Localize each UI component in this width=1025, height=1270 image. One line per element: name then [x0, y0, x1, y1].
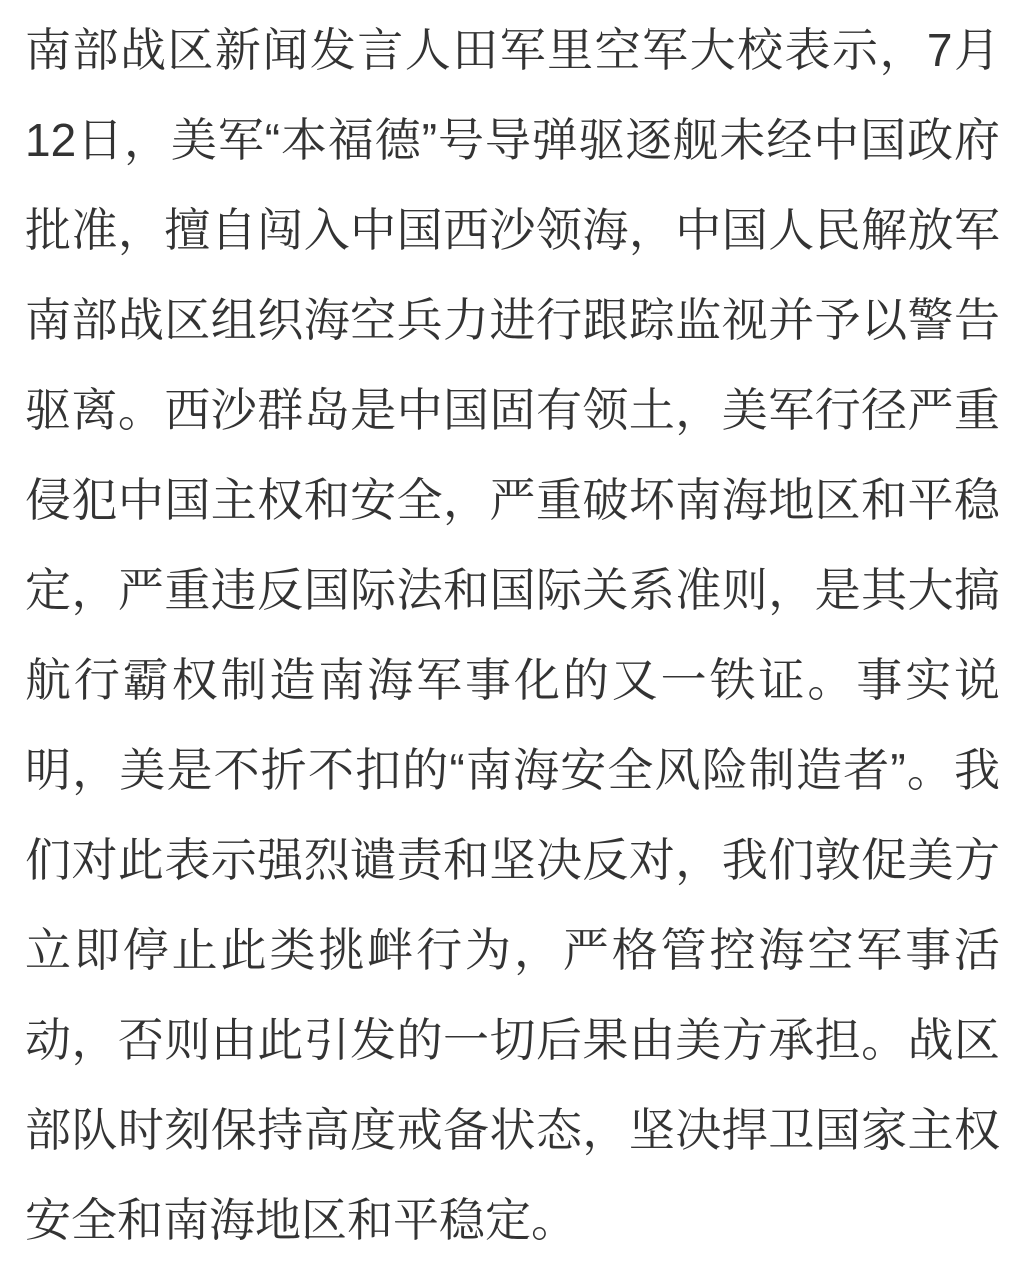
paragraph-line: 南部战区组织海空兵力进行跟踪监视并予以警告	[25, 275, 1000, 365]
paragraph-line: 立即停止此类挑衅行为，严格管控海空军事活	[25, 905, 1000, 995]
paragraph-line: 定，严重违反国际法和国际关系准则，是其大搞	[25, 545, 1000, 635]
paragraph-line: 批准，擅自闯入中国西沙领海，中国人民解放军	[25, 185, 1000, 275]
article-body: 南部战区新闻发言人田军里空军大校表示，7月 12日，美军“本福德”号导弹驱逐舰未…	[0, 0, 1025, 1265]
paragraph-line-last: 安全和南海地区和平稳定。	[25, 1175, 1000, 1265]
paragraph-line: 12日，美军“本福德”号导弹驱逐舰未经中国政府	[25, 95, 1000, 185]
paragraph-line: 南部战区新闻发言人田军里空军大校表示，7月	[25, 5, 1000, 95]
paragraph-line: 动，否则由此引发的一切后果由美方承担。战区	[25, 995, 1000, 1085]
paragraph-line: 驱离。西沙群岛是中国固有领土，美军行径严重	[25, 365, 1000, 455]
paragraph-line: 明，美是不折不扣的“南海安全风险制造者”。我	[25, 725, 1000, 815]
paragraph-line: 航行霸权制造南海军事化的又一铁证。事实说	[25, 635, 1000, 725]
paragraph-line: 部队时刻保持高度戒备状态，坚决捍卫国家主权	[25, 1085, 1000, 1175]
paragraph-line: 侵犯中国主权和安全，严重破坏南海地区和平稳	[25, 455, 1000, 545]
paragraph-line: 们对此表示强烈谴责和坚决反对，我们敦促美方	[25, 815, 1000, 905]
